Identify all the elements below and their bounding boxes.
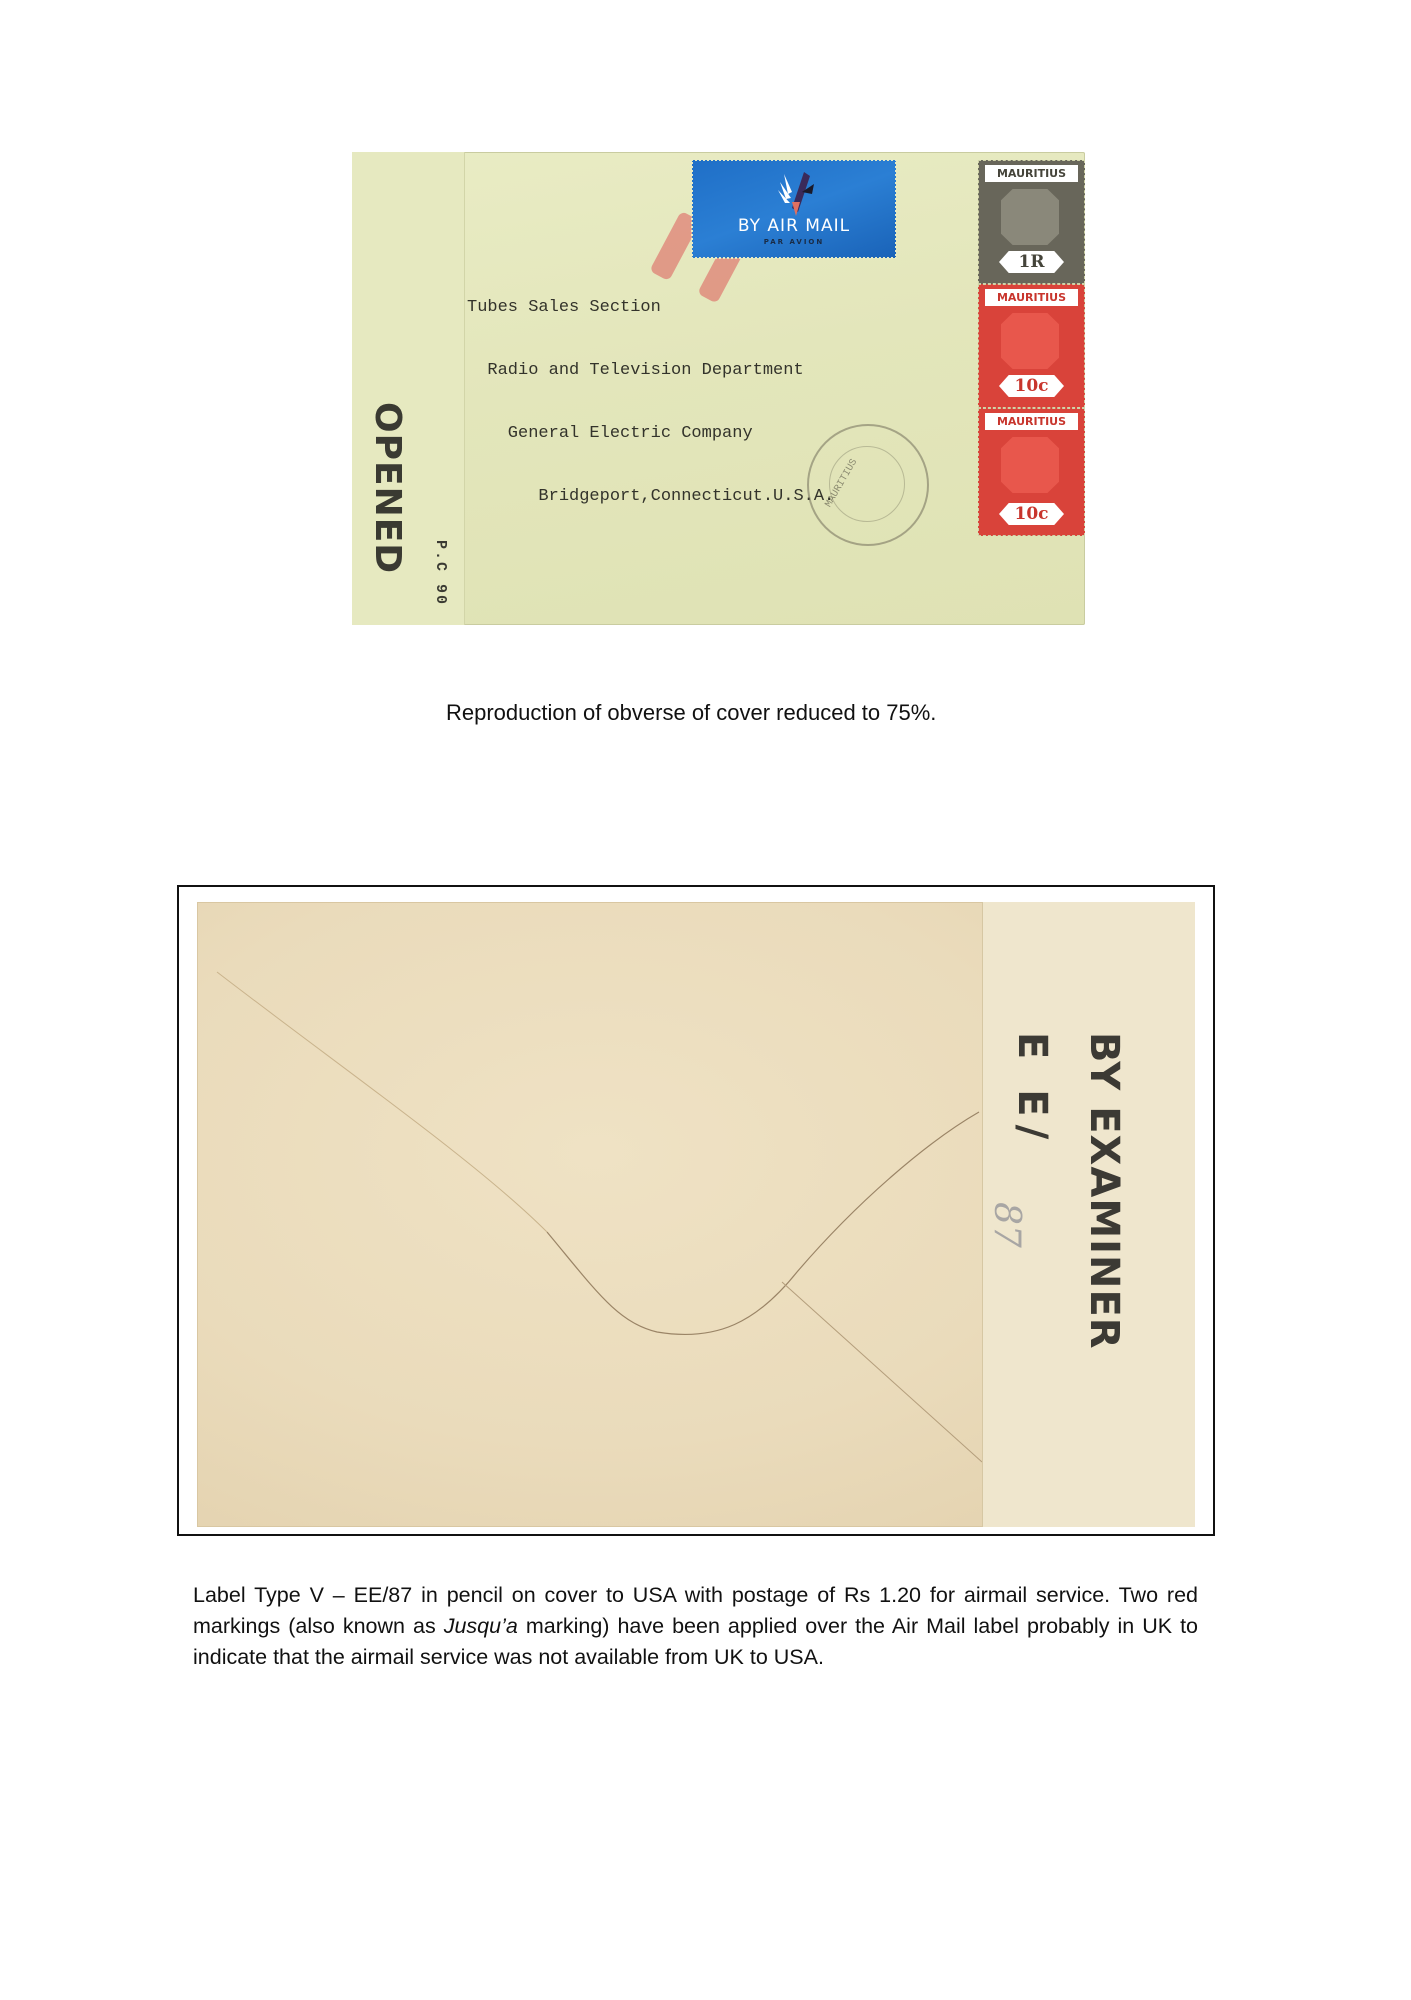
address-line: Bridgeport,Connecticut.U.S.A.: [467, 486, 834, 507]
stamp-10c: MAURITIUS 10c: [978, 284, 1085, 408]
cover-front-image: OPENED P.C 90 BY AIR MAIL PAR AVION Tube…: [352, 152, 1085, 625]
front-caption: Reproduction of obverse of cover reduced…: [446, 700, 936, 726]
stamp-value: 10c: [999, 375, 1064, 397]
address-line: General Electric Company: [467, 423, 834, 444]
stamp-value: 10c: [999, 503, 1064, 525]
back-cover-frame: BY EXAMINER E E/ 87: [177, 885, 1215, 1536]
airmail-text: BY AIR MAIL: [692, 216, 896, 236]
stamp-country: MAURITIUS: [985, 165, 1078, 182]
address-line: Radio and Television Department: [467, 360, 834, 381]
examiner-prefix: E E/: [1009, 1032, 1055, 1147]
king-portrait: [1001, 437, 1059, 493]
airmail-label: BY AIR MAIL PAR AVION: [692, 160, 896, 258]
par-avion-text: PAR AVION: [692, 238, 896, 246]
pencil-examiner-number: 87: [986, 1202, 1027, 1248]
censor-number: P.C 90: [432, 540, 449, 606]
censor-by-examiner-label: BY EXAMINER: [1081, 1032, 1127, 1350]
stamp-country: MAURITIUS: [985, 413, 1078, 430]
stamp-country: MAURITIUS: [985, 289, 1078, 306]
recipient-address: Tubes Sales Section Radio and Television…: [467, 255, 834, 549]
stamp-value: 1R: [999, 251, 1064, 273]
description-italic-term: Jusqu’a: [444, 1614, 518, 1638]
postmark: MAURITIUS: [807, 424, 929, 546]
king-portrait: [1001, 313, 1059, 369]
king-portrait: [1001, 189, 1059, 245]
stamp-1r: MAURITIUS 1R: [978, 160, 1085, 284]
wing-icon: [776, 172, 816, 218]
description-paragraph: Label Type V – EE/87 in pencil on cover …: [193, 1580, 1198, 1673]
stamp-10c: MAURITIUS 10c: [978, 408, 1085, 536]
censor-opened-label: OPENED: [367, 402, 408, 574]
address-line: Tubes Sales Section: [467, 297, 834, 318]
cover-back-image: BY EXAMINER E E/ 87: [197, 902, 1195, 1527]
